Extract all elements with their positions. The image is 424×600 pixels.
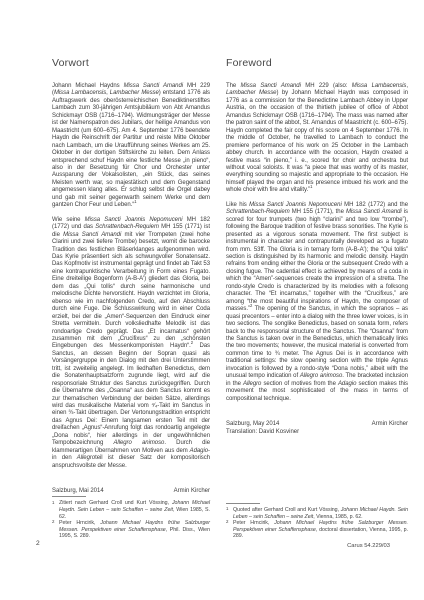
footnote: 2 Peter Hrncirik, Johann Michael Haydns …: [226, 520, 408, 540]
footnote-text: Peter Hrncirik, Johann Michael Haydns fr…: [233, 520, 408, 540]
footnote-text: Quoted after Gerhard Croll and Kurt Vöss…: [233, 507, 408, 520]
catalog-number: Carus 54.229/03: [347, 543, 390, 549]
vorwort-place-date: Salzburg, Mai 2014: [52, 488, 104, 496]
footnote-number: 1: [52, 500, 59, 520]
foreword-paragraph-1: The Missa Sancti Amandi MH 229 (also: Mi…: [226, 83, 408, 195]
footnote-number: 2: [52, 519, 59, 539]
vorwort-paragraph-2: Wie seine Missa Sancti Joannis Nepomucen…: [52, 217, 210, 470]
page-number: 2: [36, 540, 40, 547]
vorwort-heading: Vorwort: [52, 57, 210, 69]
column-vorwort: Vorwort Johann Michael Haydns Missa Sanc…: [52, 57, 210, 600]
vorwort-paragraph-1: Johann Michael Haydns Missa Sancti Amand…: [52, 83, 210, 210]
vorwort-signoff: Salzburg, Mai 2014 Armin Kircher: [52, 488, 210, 496]
vorwort-author: Armin Kircher: [174, 488, 210, 496]
foreword-signoff: Salzburg, May 2014 Armin Kircher: [226, 421, 408, 429]
footnote-number: 2: [226, 519, 233, 539]
footnote: 2 Peter Hrncirik, Johann Michael Haydns …: [52, 520, 210, 540]
footnote-text: Zitiert nach Gerhard Croll und Kurt Vöss…: [59, 500, 210, 520]
footnote: 1 Quoted after Gerhard Croll and Kurt Vö…: [226, 507, 408, 520]
two-column-layout: Vorwort Johann Michael Haydns Missa Sanc…: [52, 57, 408, 600]
foreword-heading: Foreword: [226, 57, 408, 69]
column-foreword: Foreword The Missa Sancti Amandi MH 229 …: [226, 57, 408, 600]
footnote-separator: [226, 503, 260, 504]
footnote: 1 Zitiert nach Gerhard Croll und Kurt Vö…: [52, 500, 210, 520]
foreword-author: Armin Kircher: [372, 421, 408, 429]
translation-credit: Translation: David Kosviner: [226, 429, 408, 437]
footnote-text: Peter Hrncirik, Johann Michael Haydns fr…: [59, 520, 210, 540]
foreword-place-date: Salzburg, May 2014: [226, 421, 279, 429]
foreword-footnotes: 1 Quoted after Gerhard Croll and Kurt Vö…: [226, 503, 408, 540]
vorwort-footnotes: 1 Zitiert nach Gerhard Croll und Kurt Vö…: [52, 496, 210, 540]
footnote-separator: [52, 496, 86, 497]
preface-page: Vorwort Johann Michael Haydns Missa Sanc…: [0, 0, 424, 600]
footnote-number: 1: [226, 506, 233, 519]
foreword-paragraph-2: Like his Missa Sancti Joannis Nepomuceni…: [226, 202, 408, 403]
